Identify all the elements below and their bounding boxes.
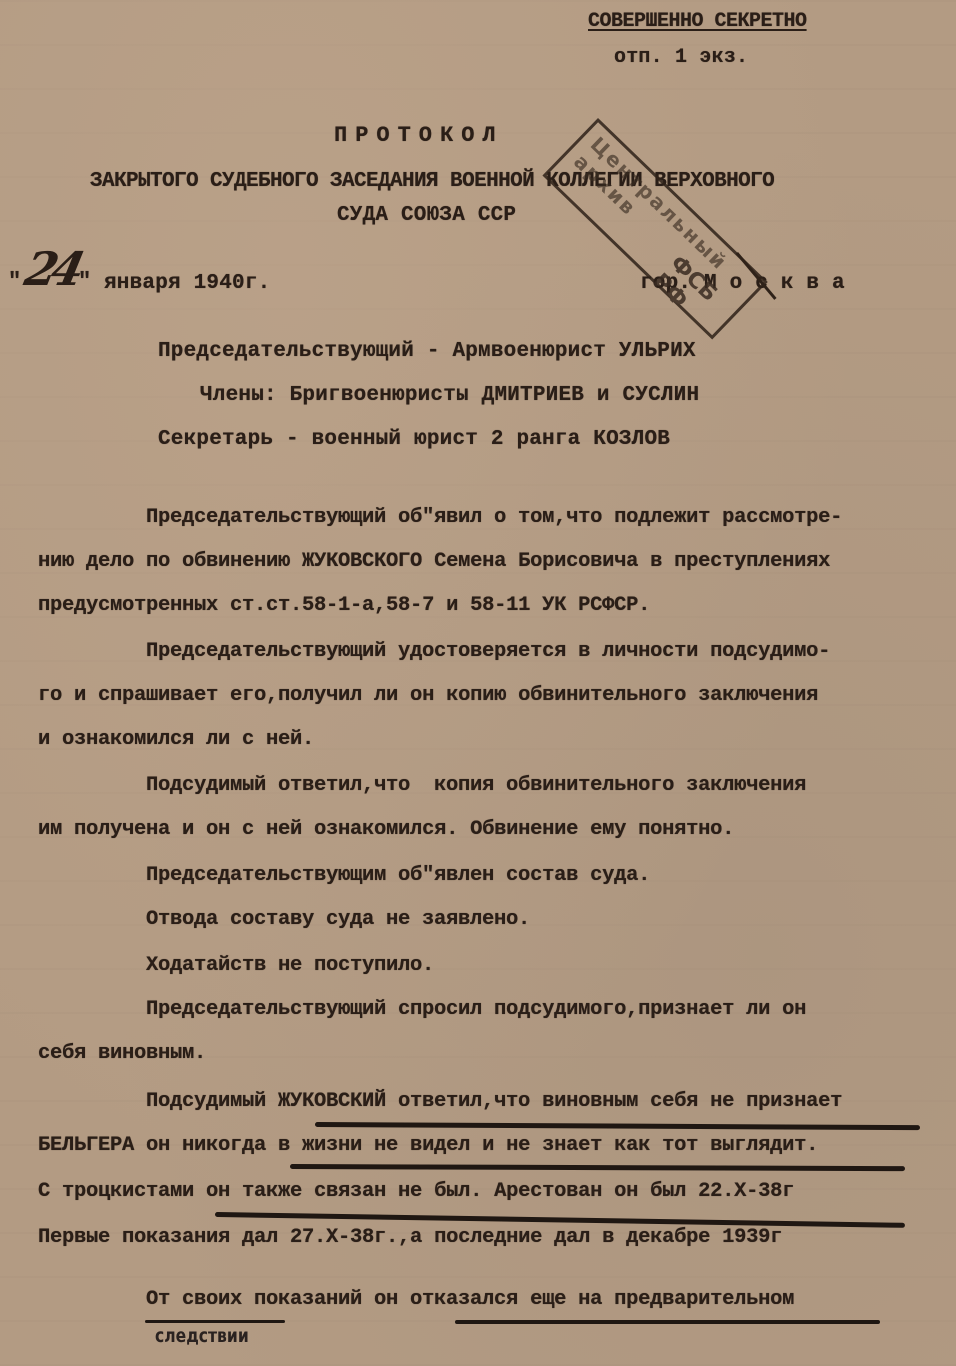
handwritten-continuation: следствии bbox=[155, 1325, 249, 1347]
body-line: го и спрашивает его,получил ли он копию … bbox=[38, 684, 818, 708]
body-line: Первые показания дал 27.X-38г.,а последн… bbox=[38, 1226, 782, 1250]
copy-note: отп. 1 экз. bbox=[614, 46, 748, 70]
date-close-quote: " bbox=[78, 270, 91, 294]
body-line: Подсудимый ЖУКОВСКИЙ ответил,что виновны… bbox=[146, 1090, 842, 1114]
body-line: себя виновным. bbox=[38, 1042, 206, 1066]
body-line: им получена и он с ней ознакомился. Обви… bbox=[38, 818, 734, 842]
body-line: Председательствующим об"явлен состав суд… bbox=[146, 864, 650, 888]
court-secretary: Секретарь - военный юрист 2 ранга КОЗЛОВ bbox=[158, 428, 670, 452]
body-line: БЕЛЬГЕРА он никогда в жизни не видел и н… bbox=[38, 1134, 818, 1158]
pen-underline bbox=[145, 1320, 285, 1323]
body-line: Отвода составу суда не заявлено. bbox=[146, 908, 530, 932]
body-line: От своих показаний он отказался еще на п… bbox=[146, 1288, 794, 1312]
classification-mark: СОВЕРШЕННО СЕКРЕТНО bbox=[588, 10, 807, 34]
body-line: С троцкистами он также связан не был. Ар… bbox=[38, 1180, 794, 1204]
pen-underline bbox=[455, 1320, 880, 1324]
date-open-quote: " bbox=[8, 270, 21, 294]
body-line: нию дело по обвинению ЖУКОВСКОГО Семена … bbox=[38, 550, 830, 574]
body-line: предусмотренных ст.ст.58-1-а,58-7 и 58-1… bbox=[38, 594, 650, 618]
document-subtitle-line2: СУДА СОЮЗА ССР bbox=[337, 204, 516, 228]
body-line: Председательствующий об"явил о том,что п… bbox=[146, 506, 842, 530]
court-members: Члены: Бригвоенюристы ДМИТРИЕВ и СУСЛИН bbox=[200, 384, 699, 408]
document-title: ПРОТОКОЛ bbox=[334, 124, 504, 148]
body-line: Подсудимый ответил,что копия обвинительн… bbox=[146, 774, 806, 798]
date-month-year: января 1940г. bbox=[104, 272, 270, 296]
court-chair: Председательствующий - Армвоенюрист УЛЬР… bbox=[158, 340, 696, 364]
body-line: Председательствующий спросил подсудимого… bbox=[146, 998, 806, 1022]
body-line: и ознакомился ли с ней. bbox=[38, 728, 314, 752]
body-line: Ходатайств не поступило. bbox=[146, 954, 434, 978]
body-line: Председательствующий удостоверяется в ли… bbox=[146, 640, 830, 664]
